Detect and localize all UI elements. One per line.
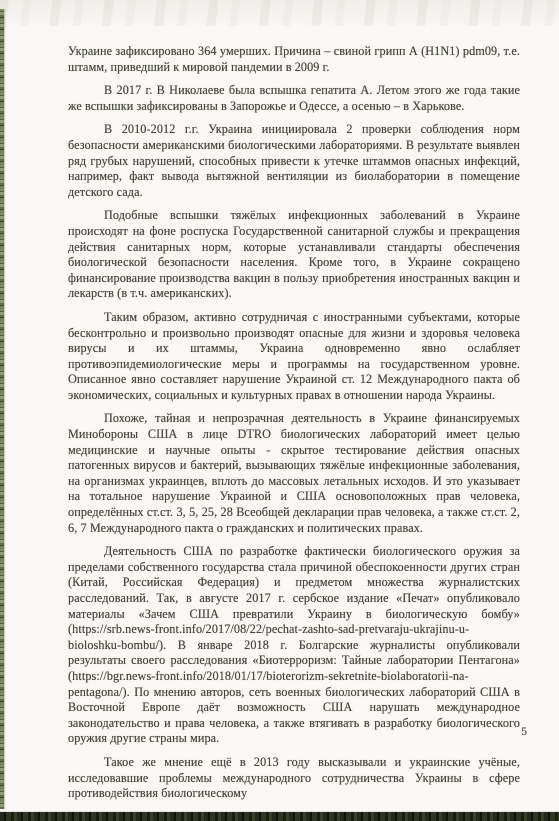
paragraph: Такое же мнение ещё в 2013 году высказыв… — [68, 755, 520, 802]
paragraph: В 2010-2012 г.г. Украина инициировала 2 … — [68, 122, 520, 200]
paragraph: В 2017 г. В Николаеве была вспышка гепат… — [68, 83, 520, 114]
document-body: Украине зафиксировано 364 умерших. Причи… — [68, 44, 520, 810]
paragraph: Подобные вспышки тяжёлых инфекционных за… — [68, 208, 520, 302]
paragraph: Похоже, тайная и непрозрачная деятельнос… — [68, 411, 520, 536]
page-number: 5 — [521, 726, 527, 738]
paragraph: Деятельность США по разработке фактическ… — [68, 544, 520, 747]
paragraph: Украине зафиксировано 364 умерших. Причи… — [68, 44, 520, 75]
paragraph: Таким образом, активно сотрудничая с ино… — [68, 310, 520, 404]
backdrop-bottom-edge — [0, 812, 559, 821]
backdrop-left-edge — [0, 9, 4, 809]
